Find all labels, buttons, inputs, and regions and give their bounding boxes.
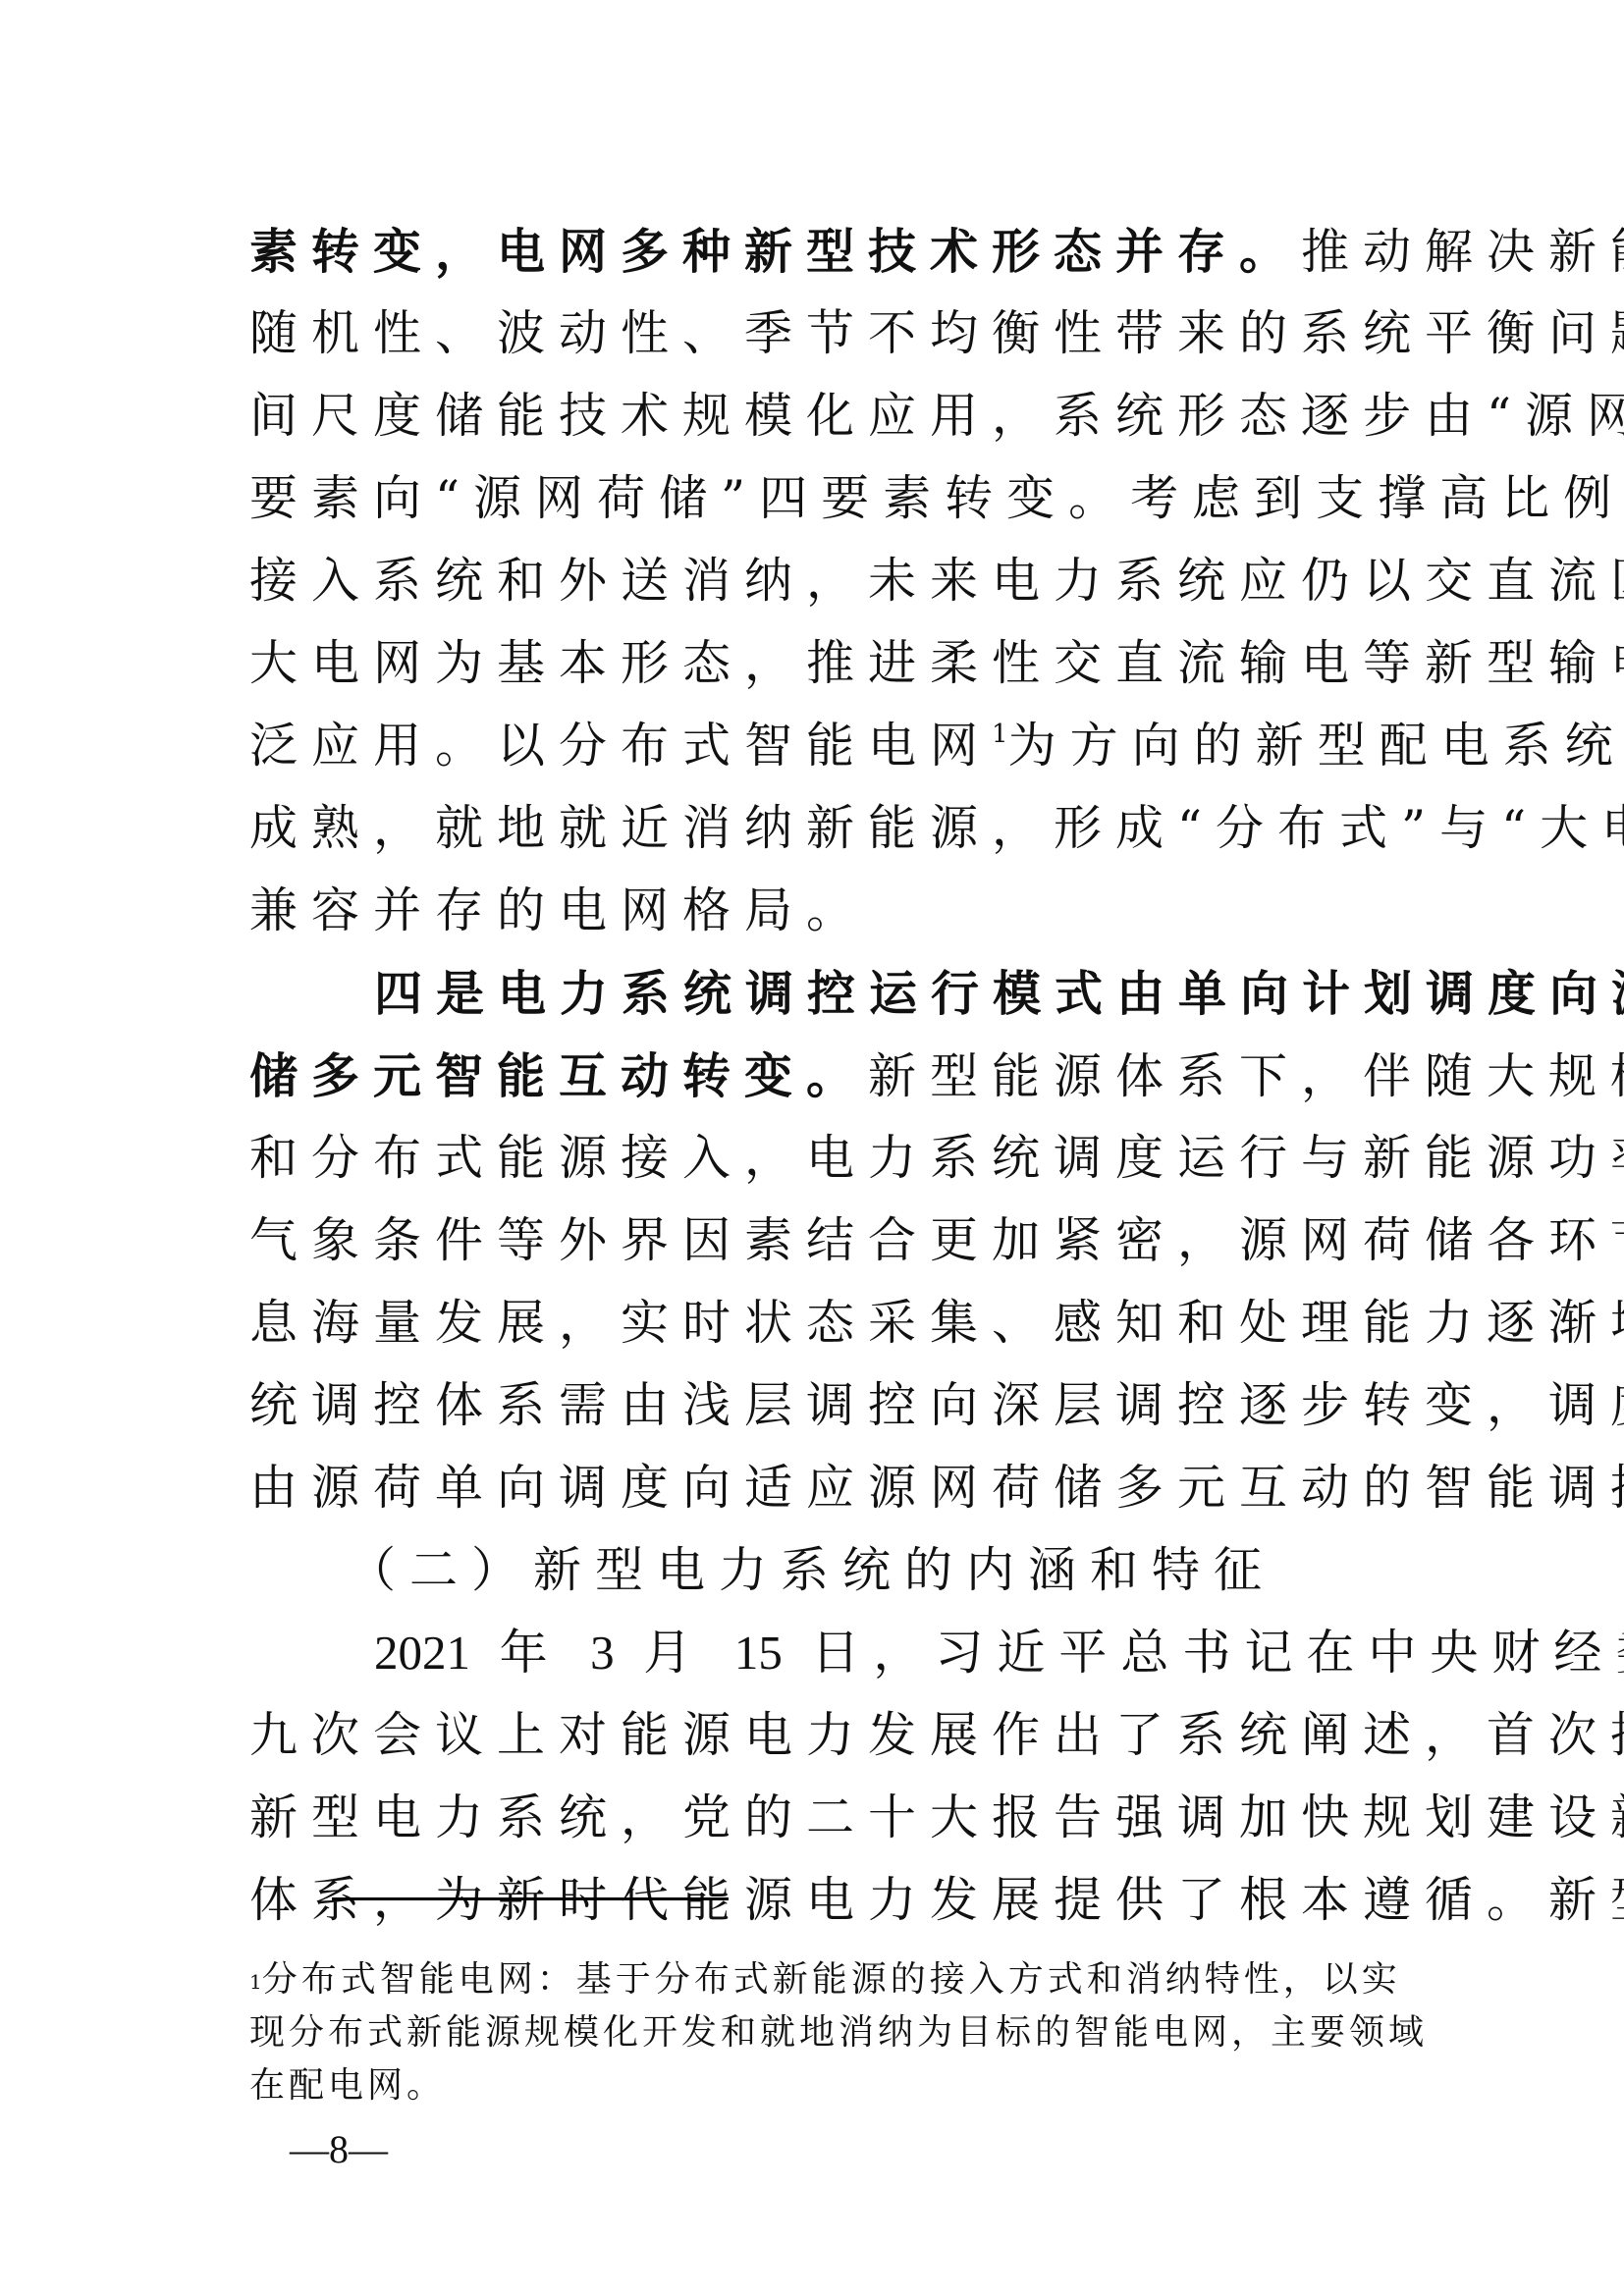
footnote-marker: 1 xyxy=(249,1970,262,1994)
text-line: 九次会议上对能源电力发展作出了系统阐述，首次提出构建 xyxy=(249,1694,1379,1777)
text-line: 由源荷单向调度向适应源网荷储多元互动的智能调控转变。 xyxy=(249,1447,1379,1529)
section-heading: （二）新型电力系统的内涵和特征 xyxy=(249,1529,1379,1612)
text-line: 接入系统和外送消纳，未来电力系统应仍以交直流区域互联 xyxy=(249,540,1379,622)
text-line: 素转变，电网多种新型技术形态并存。推动解决新能源发电 xyxy=(249,210,1379,293)
text-line: 随机性、波动性、季节不均衡性带来的系统平衡问题，多时 xyxy=(249,293,1379,375)
document-page: 素转变，电网多种新型技术形态并存。推动解决新能源发电 随机性、波动性、季节不均衡… xyxy=(0,0,1624,2296)
bold-lead-sentence: 储多元智能互动转变。 xyxy=(249,1047,868,1104)
footnote-line: 1分布式智能电网：基于分布式新能源的接入方式和消纳特性，以实 xyxy=(249,1953,1379,2006)
footnote: 1分布式智能电网：基于分布式新能源的接入方式和消纳特性，以实 现分布式新能源规模… xyxy=(249,1953,1379,2112)
paragraph-grid-form: 素转变，电网多种新型技术形态并存。推动解决新能源发电 随机性、波动性、季节不均衡… xyxy=(249,210,1379,952)
text-line: 兼容并存的电网格局。 xyxy=(249,870,1379,952)
body-text: 素转变，电网多种新型技术形态并存。推动解决新能源发电 随机性、波动性、季节不均衡… xyxy=(249,210,1379,1942)
text-line: 要素向“源网荷储”四要素转变。考虑到支撑高比例新能源 xyxy=(249,457,1379,540)
text-line: 息海量发展，实时状态采集、感知和处理能力逐渐增强，系 xyxy=(249,1282,1379,1364)
text-line: 大电网为基本形态，推进柔性交直流输电等新型输电技术广 xyxy=(249,622,1379,705)
footnote-reference[interactable]: 1 xyxy=(992,720,1008,749)
text-line: 统调控体系需由浅层调控向深层调控逐步转变，调度模式需 xyxy=(249,1364,1379,1447)
text-line: 新型电力系统，党的二十大报告强调加快规划建设新型能源 xyxy=(249,1777,1379,1859)
text-line: 四是电力系统调控运行模式由单向计划调度向源网荷 xyxy=(249,952,1379,1035)
bold-lead-sentence: 素转变，电网多种新型技术形态并存。 xyxy=(249,223,1301,280)
footnote-line: 在配电网。 xyxy=(249,2059,1379,2112)
footnote-line: 现分布式新能源规模化开发和就地消纳为目标的智能电网，主要领域 xyxy=(249,2006,1379,2059)
bold-lead-sentence: 四是电力系统调控运行模式由单向计划调度向源网荷 xyxy=(374,965,1624,1022)
paragraph-dispatch-mode: 四是电力系统调控运行模式由单向计划调度向源网荷 储多元智能互动转变。新型能源体系… xyxy=(249,952,1379,1529)
text-line: 体系，为新时代能源电力发展提供了根本遵循。新型电力系 xyxy=(249,1859,1379,1942)
text-line: 气象条件等外界因素结合更加紧密，源网荷储各环节数据信 xyxy=(249,1200,1379,1282)
text-line: 和分布式能源接入，电力系统调度运行与新能源功率预测、 xyxy=(249,1117,1379,1200)
text-line: 2021 年 3 月 15 日，习近平总书记在中央财经委员会第 xyxy=(249,1612,1379,1694)
paragraph-connotation: 2021 年 3 月 15 日，习近平总书记在中央财经委员会第 九次会议上对能源… xyxy=(249,1612,1379,1942)
text-line: 成熟，就地就近消纳新能源，形成“分布式”与“大电网” xyxy=(249,787,1379,870)
footnote-separator xyxy=(332,1897,729,1900)
page-number: —8— xyxy=(290,2125,388,2174)
text-line: 泛应用。以分布式智能电网1为方向的新型配电系统形态逐步 xyxy=(249,705,1379,787)
text-line: 储多元智能互动转变。新型能源体系下，伴随大规模新能源 xyxy=(249,1035,1379,1117)
text-line: 间尺度储能技术规模化应用，系统形态逐步由“源网荷”三 xyxy=(249,375,1379,457)
